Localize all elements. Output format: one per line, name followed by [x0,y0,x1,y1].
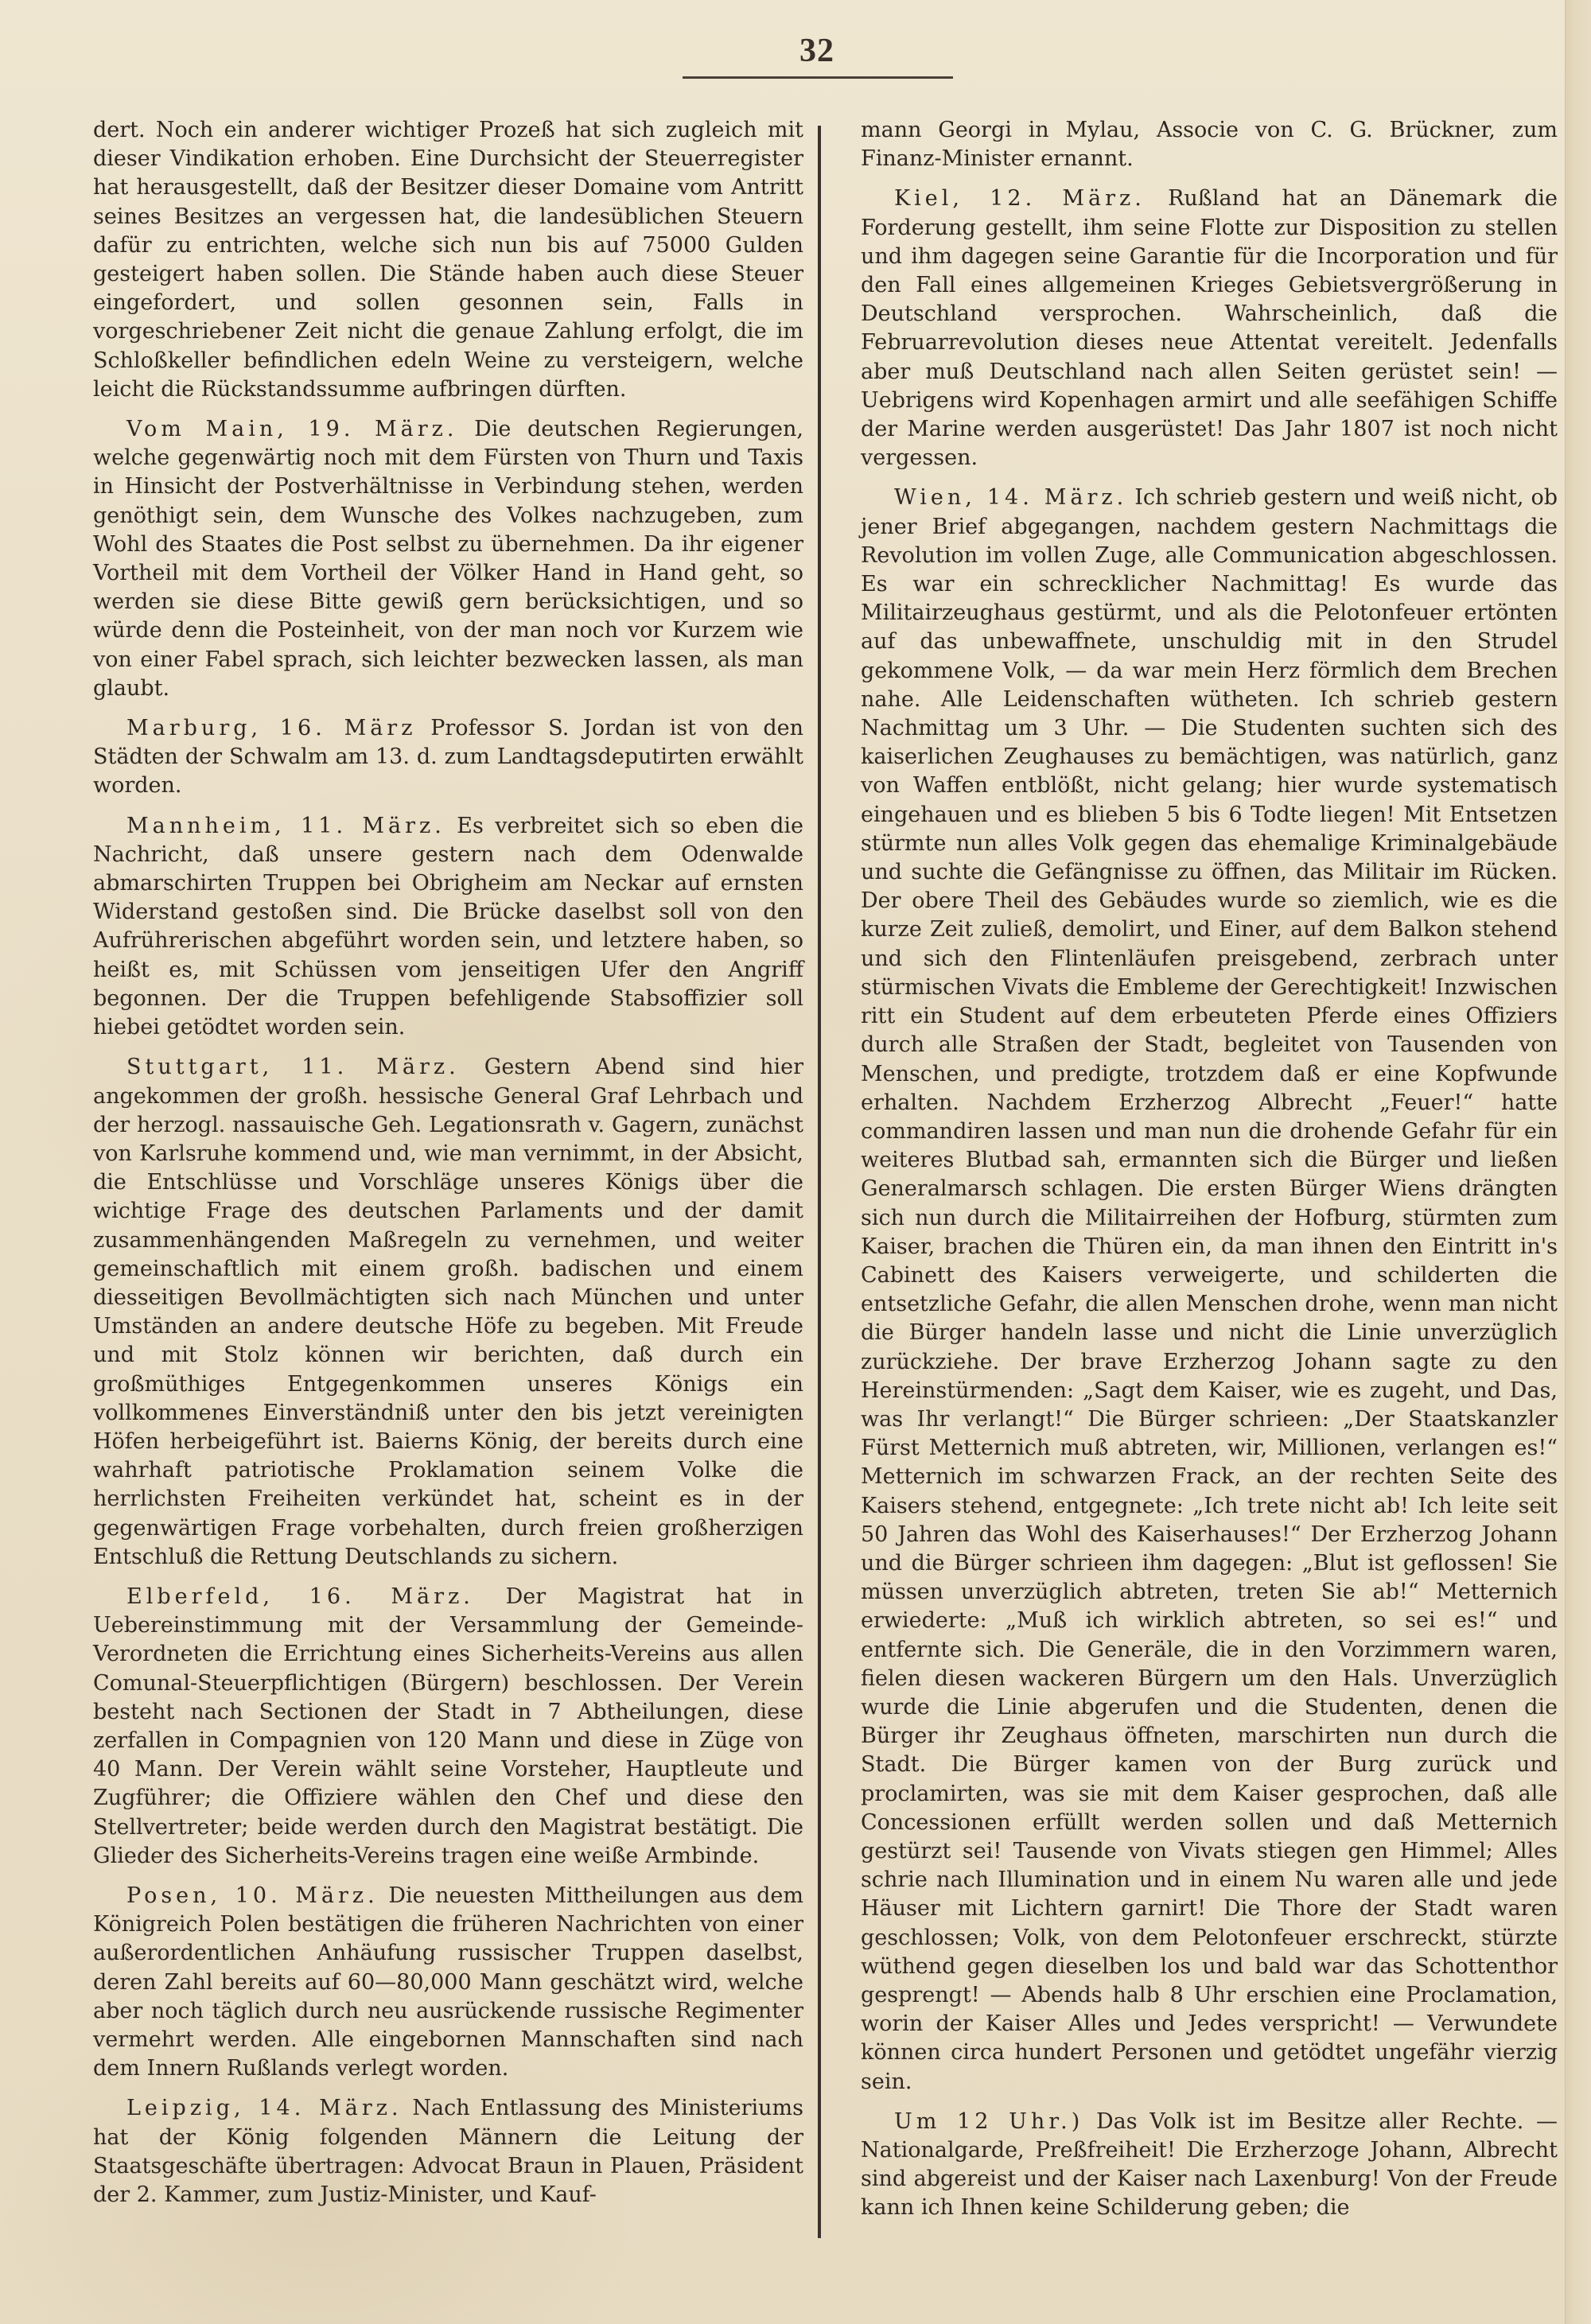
article-text: Ich schrieb gestern und weiß nicht, ob j… [861,485,1558,2093]
article-text: mann Georgi in Mylau, Associe von C. G. … [861,118,1558,171]
article-dateline: Um 12 Uhr.) [894,2109,1083,2134]
article-text: Der Magistrat hat in Uebereinstimmung mi… [93,1584,803,1868]
article-continuation: dert. Noch ein anderer wichtiger Prozeß … [93,116,803,404]
article-text: Die neuesten Mittheilungen aus dem König… [93,1883,803,2081]
page-number: 32 [799,32,834,70]
article-dateline: Leipzig, 14. März. [126,2096,403,2120]
article-dateline: Elberfeld, 16. März. [126,1584,474,1609]
article-elberfeld: Elberfeld, 16. März. Der Magistrat hat i… [93,1583,803,1871]
article-dateline: Wien, 14. März. [894,485,1127,510]
article-text: Die deutschen Regierungen, welche gegenw… [93,417,803,701]
article-continuation: mann Georgi in Mylau, Associe von C. G. … [861,116,1558,173]
article-posen: Posen, 10. März. Die neuesten Mittheilun… [93,1882,803,2083]
article-vom-main: Vom Main, 19. März. Die deutschen Regier… [93,415,803,703]
article-wien-update: Um 12 Uhr.) Das Volk ist im Besitze alle… [861,2108,1558,2223]
right-column: mann Georgi in Mylau, Associe von C. G. … [861,116,1558,2234]
article-kiel: Kiel, 12. März. Rußland hat an Dänemark … [861,185,1558,472]
article-text: Es verbreitet sich so eben die Nachricht… [93,814,803,1040]
article-wien: Wien, 14. März. Ich schrieb gestern und … [861,484,1558,2096]
article-stuttgart: Stuttgart, 11. März. Gestern Abend sind … [93,1053,803,1572]
column-divider [818,126,821,2238]
article-dateline: Marburg, 16. März [126,716,416,740]
article-dateline: Kiel, 12. März. [894,186,1146,211]
left-column: dert. Noch ein anderer wichtiger Prozeß … [93,116,803,2221]
article-dateline: Posen, 10. März. [126,1883,379,1908]
article-dateline: Mannheim, 11. März. [126,814,445,838]
article-dateline: Vom Main, 19. März. [126,417,458,441]
article-dateline: Stuttgart, 11. März. [126,1055,460,1079]
article-mannheim: Mannheim, 11. März. Es verbreitet sich s… [93,812,803,1043]
article-leipzig: Leipzig, 14. März. Nach Entlassung des M… [93,2094,803,2209]
article-text: Rußland hat an Dänemark die Forderung ge… [861,186,1558,470]
header-rule [683,76,953,79]
page-edge-shadow [1565,0,1591,2324]
article-text: Gestern Abend sind hier angekommen der g… [93,1055,803,1568]
article-text: dert. Noch ein anderer wichtiger Prozeß … [93,118,803,402]
article-marburg: Marburg, 16. März Professor S. Jordan is… [93,714,803,801]
